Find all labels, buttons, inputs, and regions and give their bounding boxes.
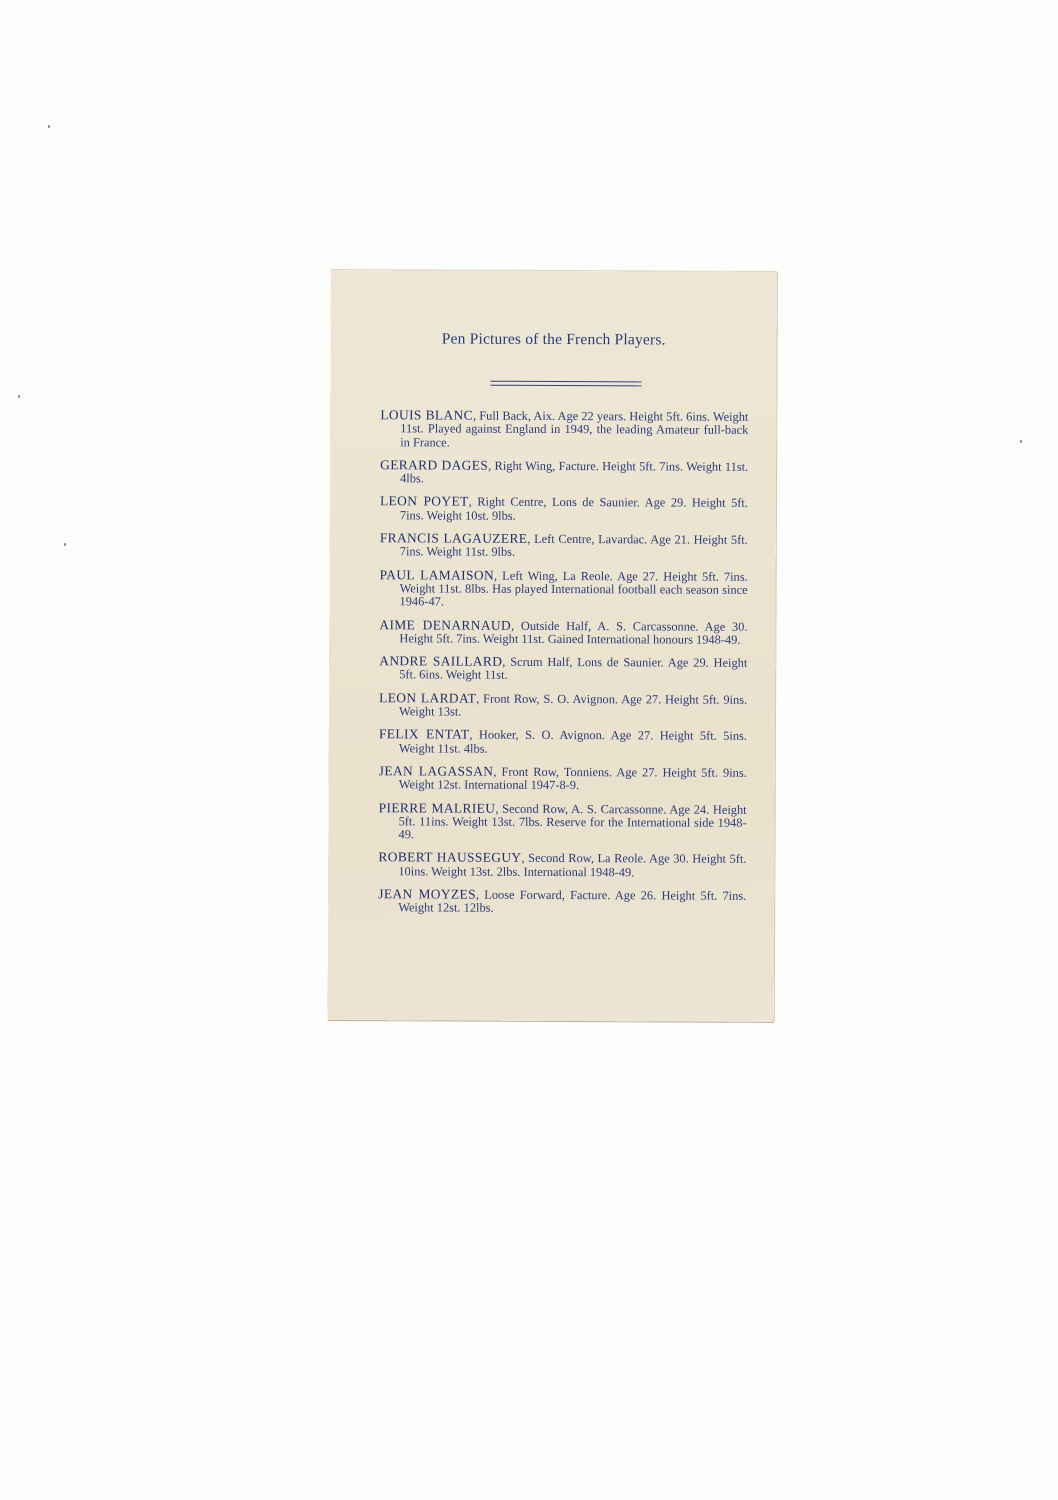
scan-speck [18, 395, 20, 398]
player-entry: GERARD DAGES, Right Wing, Facture. Heigh… [380, 458, 748, 487]
player-name: PIERRE MALRIEU [379, 800, 496, 816]
player-name: JEAN LAGASSAN [379, 763, 494, 778]
player-name: ROBERT HAUSSEGUY [378, 850, 521, 866]
player-entry: PAUL LAMAISON, Left Wing, La Reole. Age … [380, 568, 748, 610]
player-entry: JEAN LAGASSAN, Front Row, Tonniens. Age … [379, 764, 747, 793]
double-rule-divider [490, 381, 641, 387]
scan-speck [48, 125, 50, 128]
player-name: LEON POYET [380, 494, 469, 509]
player-entry: LEON POYET, Right Centre, Lons de Saunie… [380, 495, 748, 524]
player-list: LOUIS BLANC, Full Back, Aix. Age 22 year… [378, 408, 748, 925]
player-name: FELIX ENTAT [379, 727, 469, 742]
player-entry: AIME DENARNAUD, Outside Half, A. S. Carc… [379, 618, 747, 647]
player-entry: LEON LARDAT, Front Row, S. O. Avignon. A… [379, 691, 747, 720]
page-title: Pen Pictures of the French Players. [331, 330, 777, 350]
player-name: AIME DENARNAUD [379, 617, 511, 633]
player-entry: FRANCIS LAGAUZERE, Left Centre, Lavardac… [380, 531, 748, 560]
player-name: JEAN MOYZES [378, 886, 476, 901]
player-entry: FELIX ENTAT, Hooker, S. O. Avignon. Age … [379, 728, 747, 757]
player-name: ANDRE SAILLARD [379, 653, 502, 669]
player-entry: ROBERT HAUSSEGUY, Second Row, La Reole. … [378, 851, 746, 880]
player-entry: JEAN MOYZES, Loose Forward, Facture. Age… [378, 887, 746, 916]
player-entry: ANDRE SAILLARD, Scrum Half, Lons de Saun… [379, 654, 747, 683]
player-name: LEON LARDAT [379, 690, 476, 705]
player-name: LOUIS BLANC [380, 407, 473, 422]
player-entry: PIERRE MALRIEU, Second Row, A. S. Carcas… [379, 801, 747, 843]
programme-sheet: Pen Pictures of the French Players. LOUI… [328, 270, 777, 1022]
player-name: GERARD DAGES [380, 457, 488, 472]
player-name: PAUL LAMAISON [380, 567, 494, 582]
player-entry: LOUIS BLANC, Full Back, Aix. Age 22 year… [380, 408, 748, 450]
scan-speck [1020, 440, 1022, 443]
scan-speck [64, 543, 66, 546]
player-name: FRANCIS LAGAUZERE [380, 530, 528, 546]
